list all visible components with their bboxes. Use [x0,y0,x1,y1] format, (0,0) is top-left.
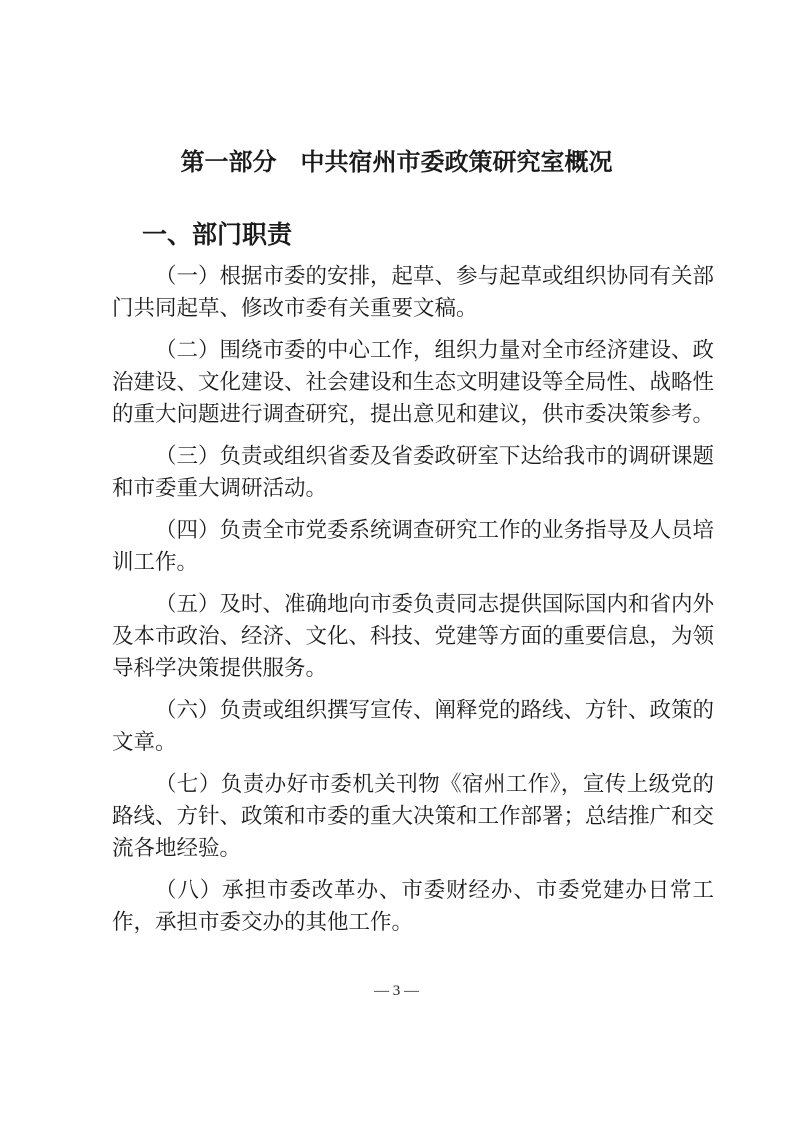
document-title: 第一部分 中共宿州市委政策研究室概况 [0,0,793,179]
body-paragraph: （五）及时、准确地向市委负责同志提供国际国内和省内外及本市政治、经济、文化、科技… [112,588,714,684]
body-paragraph: （三）负责或组织省委及省委政研室下达给我市的调研课题和市委重大调研活动。 [112,440,714,504]
section-heading: 一、部门职责 [142,220,793,250]
body-paragraph: （八）承担市委改革办、市委财经办、市委党建办日常工作，承担市委交办的其他工作。 [112,874,714,938]
body-paragraph: （六）负责或组织撰写宣传、阐释党的路线、方针、政策的文章。 [112,694,714,758]
body-paragraph: （一）根据市委的安排，起草、参与起草或组织协同有关部门共同起草、修改市委有关重要… [112,260,714,324]
document-body: （一）根据市委的安排，起草、参与起草或组织协同有关部门共同起草、修改市委有关重要… [112,260,714,938]
body-paragraph: （四）负责全市党委系统调查研究工作的业务指导及人员培训工作。 [112,514,714,578]
document-page: 第一部分 中共宿州市委政策研究室概况 一、部门职责 （一）根据市委的安排，起草、… [0,0,793,1122]
page-number: — 3 — [0,983,793,1000]
body-paragraph: （七）负责办好市委机关刊物《宿州工作》，宣传上级党的路线、方针、政策和市委的重大… [112,768,714,864]
body-paragraph: （二）围绕市委的中心工作，组织力量对全市经济建设、政治建设、文化建设、社会建设和… [112,334,714,430]
